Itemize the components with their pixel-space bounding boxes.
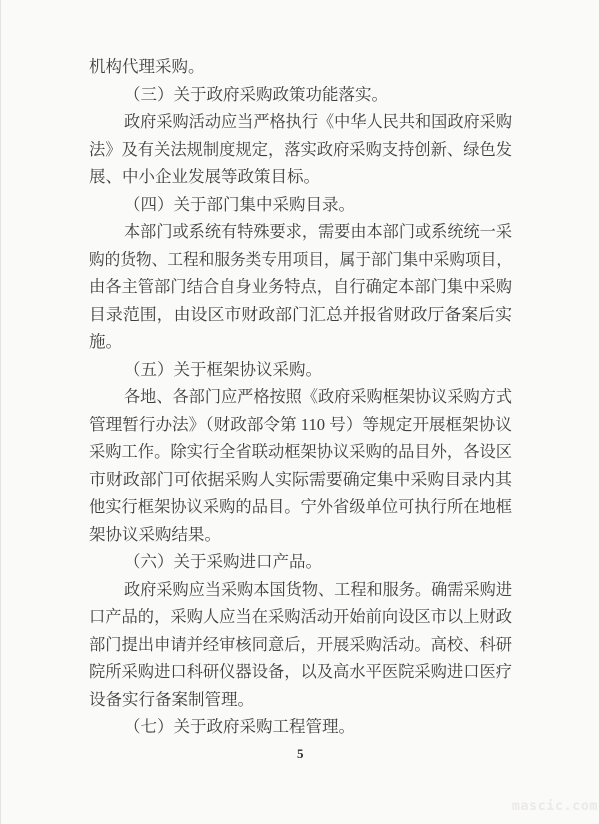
document-body: 机构代理采购。（三）关于政府采购政策功能落实。政府采购活动应当严格执行《中华人民… xyxy=(89,53,512,741)
document-line-text: 院所采购进口科研仪器设备，以及高水平医院采购进口医疗 xyxy=(89,658,512,686)
document-line: 他实行框架协议采购的品目。宁外省级单位可执行所在地框 xyxy=(89,493,512,521)
document-line: 机构代理采购。 xyxy=(89,53,512,81)
document-line: 管理暂行办法》（财政部令第 110 号）等规定开展框架协议 xyxy=(89,411,512,439)
document-line-text: 架协议采购结果。 xyxy=(89,521,221,549)
document-line: 目录范围，由设区市财政部门汇总并报省财政厅备案后实 xyxy=(89,301,512,329)
document-line: （五）关于框架协议采购。 xyxy=(89,356,512,384)
document-line: 政府采购应当采购本国货物、工程和服务。确需采购进 xyxy=(89,576,512,604)
document-line: 市财政部门可依据采购人实际需要确定集中采购目录内其 xyxy=(89,466,512,494)
document-line: 购的货物、工程和服务类专用项目，属于部门集中采购项目， xyxy=(89,246,512,274)
document-line-text: 各地、各部门应严格按照《政府采购框架协议采购方式 xyxy=(124,383,512,411)
page-number: 5 xyxy=(1,746,599,762)
document-line: 部门提出申请并经审核同意后，开展采购活动。高校、科研 xyxy=(89,631,512,659)
document-line: 本部门或系统有特殊要求，需要由本部门或系统统一采 xyxy=(89,218,512,246)
document-line-text: 采购工作。除实行全省联动框架协议采购的品目外，各设区 xyxy=(89,438,512,466)
document-line: 法》及有关法规制度规定，落实政府采购支持创新、绿色发 xyxy=(89,136,512,164)
document-line-text: 施。 xyxy=(89,328,122,356)
document-line-text: 政府采购应当采购本国货物、工程和服务。确需采购进 xyxy=(124,576,512,604)
document-line-text: 购的货物、工程和服务类专用项目，属于部门集中采购项目， xyxy=(89,246,512,274)
document-line: （四）关于部门集中采购目录。 xyxy=(89,191,512,219)
document-line-text: （三）关于政府采购政策功能落实。 xyxy=(124,81,388,109)
document-line: 口产品的，采购人应当在采购活动开始前向设区市以上财政 xyxy=(89,603,512,631)
document-line: 政府采购活动应当严格执行《中华人民共和国政府采购 xyxy=(89,108,512,136)
document-line-text: 目录范围，由设区市财政部门汇总并报省财政厅备案后实 xyxy=(89,301,512,329)
document-line-text: 管理暂行办法》（财政部令第 110 号）等规定开展框架协议 xyxy=(89,411,512,439)
document-line: 各地、各部门应严格按照《政府采购框架协议采购方式 xyxy=(89,383,512,411)
document-line: （七）关于政府采购工程管理。 xyxy=(89,713,512,741)
document-line: （六）关于采购进口产品。 xyxy=(89,548,512,576)
document-line-text: 政府采购活动应当严格执行《中华人民共和国政府采购 xyxy=(124,108,512,136)
document-line-text: 市财政部门可依据采购人实际需要确定集中采购目录内其 xyxy=(89,466,512,494)
document-line: 展、中小企业发展等政策目标。 xyxy=(89,163,512,191)
document-line: 施。 xyxy=(89,328,512,356)
document-line: 由各主管部门结合自身业务特点，自行确定本部门集中采购 xyxy=(89,273,512,301)
document-line: （三）关于政府采购政策功能落实。 xyxy=(89,81,512,109)
document-line: 采购工作。除实行全省联动框架协议采购的品目外，各设区 xyxy=(89,438,512,466)
document-line: 架协议采购结果。 xyxy=(89,521,512,549)
document-line-text: （四）关于部门集中采购目录。 xyxy=(124,191,355,219)
document-line-text: 部门提出申请并经审核同意后，开展采购活动。高校、科研 xyxy=(89,631,512,659)
document-line-text: 展、中小企业发展等政策目标。 xyxy=(89,163,320,191)
document-line-text: 由各主管部门结合自身业务特点，自行确定本部门集中采购 xyxy=(89,273,512,301)
document-line-text: 法》及有关法规制度规定，落实政府采购支持创新、绿色发 xyxy=(89,136,512,164)
document-line-text: 本部门或系统有特殊要求，需要由本部门或系统统一采 xyxy=(124,218,512,246)
document-line: 设备实行备案制管理。 xyxy=(89,686,512,714)
document-line-text: 机构代理采购。 xyxy=(89,53,205,81)
document-line-text: 他实行框架协议采购的品目。宁外省级单位可执行所在地框 xyxy=(89,493,512,521)
watermark: mascic.com xyxy=(512,798,598,814)
document-page: 机构代理采购。（三）关于政府采购政策功能落实。政府采购活动应当严格执行《中华人民… xyxy=(0,0,599,824)
document-line-text: 口产品的，采购人应当在采购活动开始前向设区市以上财政 xyxy=(89,603,512,631)
document-line-text: 设备实行备案制管理。 xyxy=(89,686,254,714)
document-line: 院所采购进口科研仪器设备，以及高水平医院采购进口医疗 xyxy=(89,658,512,686)
document-line-text: （七）关于政府采购工程管理。 xyxy=(124,713,355,741)
document-line-text: （五）关于框架协议采购。 xyxy=(124,356,322,384)
document-line-text: （六）关于采购进口产品。 xyxy=(124,548,322,576)
